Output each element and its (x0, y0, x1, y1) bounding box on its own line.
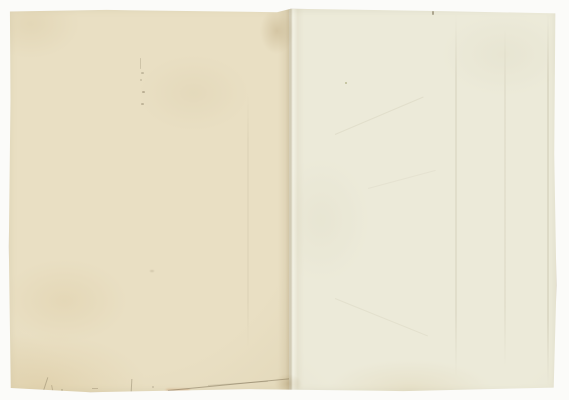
crease-line (247, 93, 249, 348)
pencil-mark (152, 386, 154, 388)
pencil-mark (43, 377, 49, 392)
ink-offset-dot (141, 72, 144, 74)
pencil-mark (131, 379, 133, 393)
pencil-mark (92, 388, 98, 389)
pigment-smudge (166, 389, 190, 393)
scratch-line (208, 381, 268, 386)
paper-bifolium (8, 8, 557, 393)
center-fold (278, 8, 304, 393)
smudge-speck (150, 270, 154, 272)
ink-offset-squiggle (140, 58, 141, 69)
ink-offset-dot (142, 91, 145, 93)
pencil-mark (51, 385, 54, 394)
scan-backdrop (0, 0, 569, 400)
scratch-line (168, 378, 296, 391)
left-page (8, 8, 289, 393)
right-page (289, 8, 557, 393)
pencil-mark (61, 389, 63, 391)
ink-offset-dot (140, 79, 142, 81)
ink-offset-dot (141, 103, 144, 105)
